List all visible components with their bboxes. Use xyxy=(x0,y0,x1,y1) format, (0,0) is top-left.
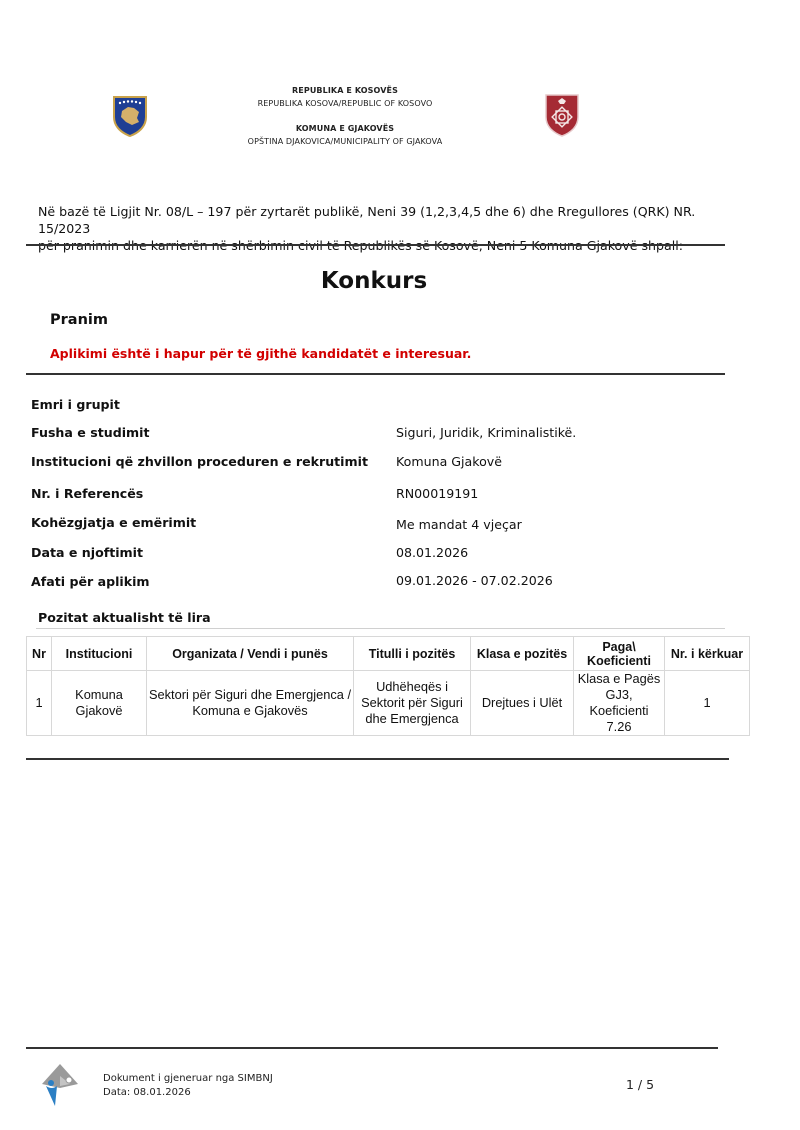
positions-heading-underline xyxy=(36,628,725,629)
field-label-announcement-date: Data e njoftimit xyxy=(31,545,143,560)
table-row: 1 Komuna Gjakovë Sektori për Siguri dhe … xyxy=(27,671,750,736)
gjakova-municipality-emblem-icon xyxy=(544,93,580,137)
page-title: Konkurs xyxy=(0,268,748,294)
page-number: 1 / 5 xyxy=(626,1077,654,1092)
field-value-reference-number: RN00019191 xyxy=(396,486,478,501)
field-label-application-deadline: Afati për aplikim xyxy=(31,574,150,589)
cell-nr: 1 xyxy=(27,671,52,736)
header-municipality-translations: OPŠTINA DJAKOVICA/MUNICIPALITY OF GJAKOV… xyxy=(200,137,490,146)
divider xyxy=(26,373,725,375)
cell-institution: Komuna Gjakovë xyxy=(52,671,147,736)
simbnj-logo-icon xyxy=(40,1062,80,1108)
cell-salary-coefficient: Klasa e Pagës GJ3, Koeficienti 7.26 xyxy=(574,671,665,736)
field-value-announcement-date: 08.01.2026 xyxy=(396,545,468,560)
positions-heading: Pozitat aktualisht të lira xyxy=(38,610,211,625)
field-value-application-deadline: 09.01.2026 - 07.02.2026 xyxy=(396,573,553,588)
cell-position-class: Drejtues i Ulët xyxy=(471,671,574,736)
positions-table: Nr Institucioni Organizata / Vendi i pun… xyxy=(26,636,750,736)
field-label-appointment-duration: Kohëzgjatja e emërimit xyxy=(31,515,196,530)
field-value-recruiting-institution: Komuna Gjakovë xyxy=(396,454,502,469)
cell-required-count: 1 xyxy=(665,671,750,736)
header-country-translations: REPUBLIKA KOSOVA/REPUBLIC OF KOSOVO xyxy=(200,99,490,108)
footer-divider xyxy=(26,1047,718,1049)
field-label-group-name: Emri i grupit xyxy=(31,397,120,412)
column-header-position-title: Titulli i pozitës xyxy=(354,637,471,671)
intro-paragraph: Në bazë të Ligjit Nr. 08/L – 197 për zyr… xyxy=(38,203,738,254)
divider xyxy=(26,244,725,246)
footer-date: Data: 08.01.2026 xyxy=(103,1086,273,1100)
header-municipality-name: KOMUNA E GJAKOVËS xyxy=(200,124,490,133)
field-label-recruiting-institution: Institucioni që zhvillon proceduren e re… xyxy=(31,454,368,469)
field-label-reference-number: Nr. i Referencës xyxy=(31,486,143,501)
field-value-appointment-duration: Me mandat 4 vjeçar xyxy=(396,517,522,532)
kosovo-coat-of-arms-icon xyxy=(112,95,148,137)
footer-info: Dokument i gjeneruar nga SIMBNJ Data: 08… xyxy=(103,1072,273,1100)
field-label-study-field: Fusha e studimit xyxy=(31,425,149,440)
cell-organization: Sektori për Siguri dhe Emergjenca / Komu… xyxy=(147,671,354,736)
column-header-position-class: Klasa e pozitës xyxy=(471,637,574,671)
table-header-row: Nr Institucioni Organizata / Vendi i pun… xyxy=(27,637,750,671)
column-header-salary-coefficient: Paga\ Koeficienti xyxy=(574,637,665,671)
eligibility-notice: Aplikimi është i hapur për të gjithë kan… xyxy=(50,346,471,361)
announcement-type: Pranim xyxy=(50,312,108,328)
cell-position-title: Udhëheqës i Sektorit për Siguri dhe Emer… xyxy=(354,671,471,736)
header-country-name: REPUBLIKA E KOSOVËS xyxy=(200,86,490,95)
column-header-required-count: Nr. i kërkuar xyxy=(665,637,750,671)
footer-generated-by: Dokument i gjeneruar nga SIMBNJ xyxy=(103,1072,273,1086)
column-header-institution: Institucioni xyxy=(52,637,147,671)
divider xyxy=(26,758,729,760)
column-header-organization: Organizata / Vendi i punës xyxy=(147,637,354,671)
column-header-nr: Nr xyxy=(27,637,52,671)
intro-line-1: Në bazë të Ligjit Nr. 08/L – 197 për zyr… xyxy=(38,203,738,237)
field-value-study-field: Siguri, Juridik, Kriminalistikë. xyxy=(396,425,576,440)
